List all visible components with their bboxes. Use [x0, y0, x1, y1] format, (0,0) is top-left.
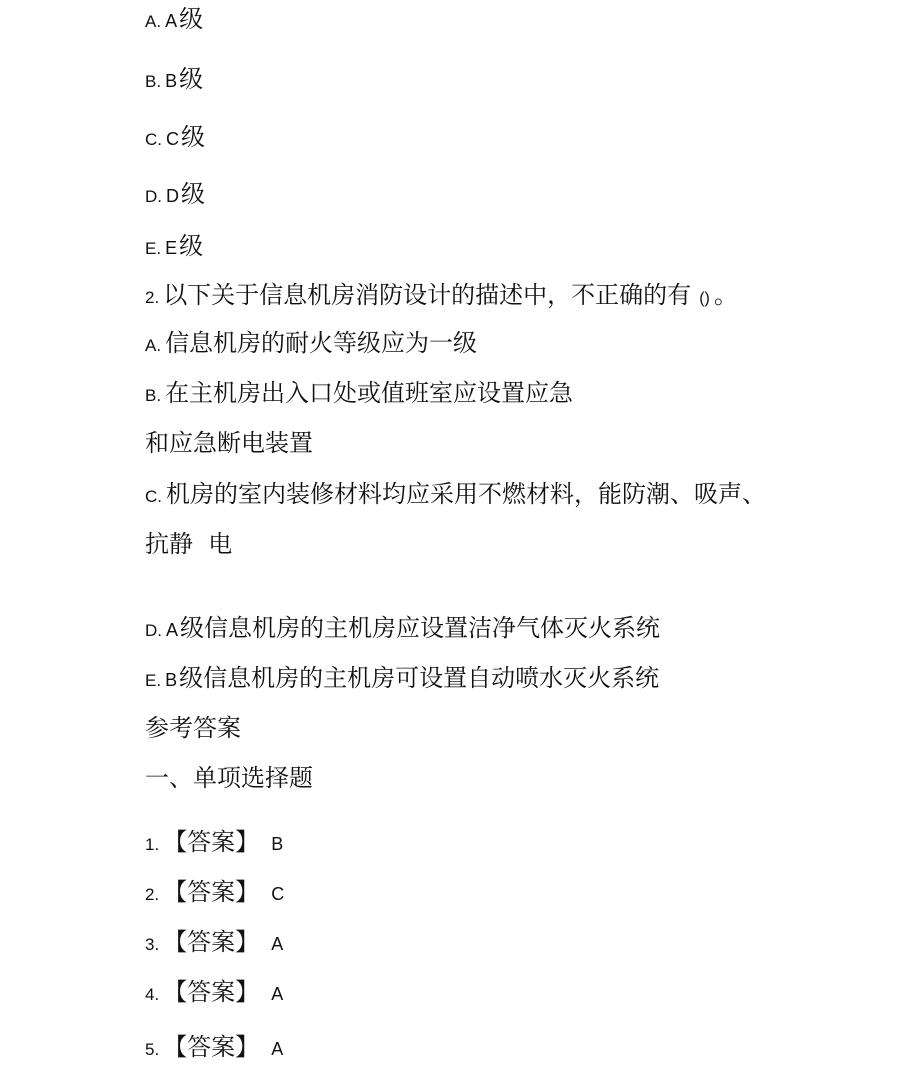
- answer-value: A: [271, 984, 283, 1004]
- answer-value: C: [271, 884, 284, 904]
- option-label: E.: [145, 239, 161, 258]
- option-grade: B: [165, 71, 177, 91]
- answer-number: 5.: [145, 1040, 159, 1059]
- section-heading: 参考答案: [145, 714, 241, 742]
- option-text: 机房的室内装修材料均应采用不燃材料，能防潮、吸声、: [166, 480, 766, 508]
- answer-item-3: 3.【答案】A: [145, 927, 283, 957]
- answers-title: 参考答案: [145, 713, 241, 743]
- option-label: A.: [145, 336, 161, 355]
- answer-value: B: [271, 834, 283, 854]
- option-label: B.: [145, 72, 161, 91]
- option-grade: B: [165, 670, 177, 690]
- option-grade: A: [165, 11, 177, 31]
- option-label: C.: [145, 130, 162, 149]
- q2-option-a: A.信息机房的耐火等级应为一级: [145, 328, 477, 358]
- option-text: 级: [179, 65, 203, 93]
- answer-number: 4.: [145, 985, 159, 1004]
- option-text-continuation: 抗静 电: [145, 530, 232, 558]
- answer-item-1: 1.【答案】B: [145, 827, 283, 857]
- option-text: 级信息机房的主机房应设置洁净气体灭火系统: [180, 614, 660, 642]
- q1-option-a: A.A级: [145, 4, 203, 34]
- answer-tag: 【答案】: [163, 828, 259, 856]
- answer-tag: 【答案】: [163, 878, 259, 906]
- q2-option-b-continuation: 和应急断电装置: [145, 428, 313, 458]
- answer-blank: (): [699, 290, 710, 307]
- option-grade: C: [166, 129, 179, 149]
- section-subheading: 一、单项选择题: [145, 764, 313, 792]
- q2-option-c: C.机房的室内装修材料均应采用不燃材料，能防潮、吸声、: [145, 479, 766, 509]
- answer-item-2: 2.【答案】C: [145, 877, 284, 907]
- option-text: 级: [181, 123, 205, 151]
- q2-stem: 2.以下关于信息机房消防设计的描述中，不正确的有()。: [145, 280, 738, 310]
- option-grade: D: [166, 186, 179, 206]
- option-label: E.: [145, 671, 161, 690]
- q1-option-b: B.B级: [145, 64, 203, 94]
- question-number: 2.: [145, 288, 159, 307]
- answer-number: 3.: [145, 935, 159, 954]
- option-label: D.: [145, 187, 162, 206]
- q2-option-e: E.B级信息机房的主机房可设置自动喷水灭火系统: [145, 663, 659, 693]
- option-grade: E: [165, 238, 177, 258]
- option-text-continuation: 和应急断电装置: [145, 429, 313, 457]
- answer-value: A: [271, 934, 283, 954]
- option-grade: A: [166, 620, 178, 640]
- option-label: C.: [145, 487, 162, 506]
- q2-option-d: D.A级信息机房的主机房应设置洁净气体灭火系统: [145, 613, 660, 643]
- option-text: 信息机房的耐火等级应为一级: [165, 329, 477, 357]
- option-text: 在主机房出入口处或值班室应设置应急: [165, 379, 573, 407]
- answer-number: 2.: [145, 885, 159, 904]
- q1-option-e: E.E级: [145, 231, 203, 261]
- q1-option-c: C.C级: [145, 122, 205, 152]
- option-label: A.: [145, 12, 161, 31]
- q2-option-b: B.在主机房出入口处或值班室应设置应急: [145, 378, 573, 408]
- answer-tag: 【答案】: [163, 928, 259, 956]
- answer-number: 1.: [145, 835, 159, 854]
- option-text: 级: [181, 180, 205, 208]
- answers-subtitle: 一、单项选择题: [145, 763, 313, 793]
- answer-tag: 【答案】: [163, 1033, 259, 1061]
- answer-item-5: 5.【答案】A: [145, 1032, 283, 1062]
- answer-tag: 【答案】: [163, 978, 259, 1006]
- question-end: 。: [714, 281, 738, 309]
- answer-value: A: [271, 1039, 283, 1059]
- option-text: 级: [179, 232, 203, 260]
- option-text: 级信息机房的主机房可设置自动喷水灭火系统: [179, 664, 659, 692]
- q2-option-c-continuation: 抗静 电: [145, 529, 232, 559]
- q1-option-d: D.D级: [145, 179, 205, 209]
- option-label: D.: [145, 621, 162, 640]
- answer-item-4: 4.【答案】A: [145, 977, 283, 1007]
- question-text: 以下关于信息机房消防设计的描述中，不正确的有: [163, 281, 691, 309]
- option-text: 级: [179, 5, 203, 33]
- option-label: B.: [145, 386, 161, 405]
